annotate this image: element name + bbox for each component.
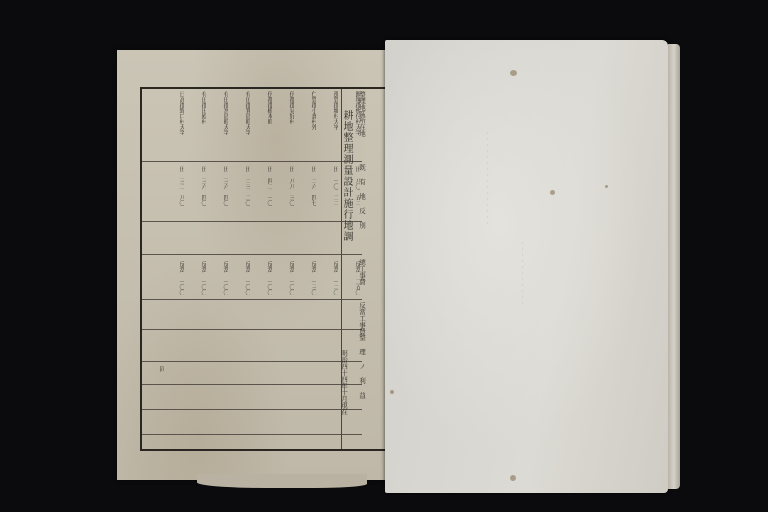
bleed-through-text: ・・・・・・・・・・・・・・・・ [485, 130, 491, 420]
torn-edge [197, 474, 367, 488]
cell-location: 日高郡野口村大字 [162, 91, 184, 135]
cell-notes: 反當 一〇〇 [184, 261, 206, 295]
stain [510, 70, 517, 76]
right-page: ・・・・・・・・・・・・・・・・ ・・・・・・・・・・・ [385, 40, 668, 493]
cell-area: 田 一〇、二二 [316, 166, 338, 206]
cell-area: 田 三六、四〇 [184, 166, 206, 206]
cell-area: 田 八八、三〇 [272, 166, 294, 206]
cell-mark: 同 [142, 366, 164, 372]
document-title: 耕地整理測量設計施行地調 [338, 110, 352, 242]
cell-notes: 反當 一〇〇 [228, 261, 250, 295]
cell-area: 田 二三、二〇 [228, 166, 250, 206]
table-column: 那賀郡堀村大字 田 一〇、二二 反當 一二〇 [316, 91, 338, 445]
cell-location: 伊都郡見好村 [272, 91, 294, 124]
stain [390, 390, 394, 394]
cell-notes: 反當 一〇〇 [250, 261, 272, 295]
cell-notes: 反當 一三〇 [294, 261, 316, 295]
bleed-through-text: ・・・・・・・・・・・ [520, 240, 526, 440]
cell-notes: 反當 一〇〇 [162, 261, 184, 295]
cell-area: 田 二六、四七 [294, 166, 316, 206]
table-column: 日高郡野口村大字 田 三二、八〇 反當 一〇〇 [162, 91, 184, 445]
stain [605, 185, 608, 188]
table-column: 有田郡宮島町大字 田 三六、四〇 反當 一〇〇 [206, 91, 228, 445]
stain [510, 475, 516, 481]
table-column: 伊都郡橋本町 田 四二、一〇 反當 一〇〇 [250, 91, 272, 445]
header-cell: 反當工事費 [342, 302, 367, 335]
header-cell: 總工事費 [342, 259, 367, 285]
table-column: 仁賀郡小倉村外 田 二六、四七 反當 一三〇 [294, 91, 316, 445]
stain [550, 190, 555, 195]
table-grid: 飯塚郡板付村大字 田 八〇、五二 反當 二五〇 那賀郡堀村大字 田 一〇、二二 … [142, 89, 362, 449]
cell-area: 田 四二、一〇 [250, 166, 272, 206]
table-column: 伊都郡見好村 田 八八、三〇 反當 一〇〇 [272, 91, 294, 445]
cell-area: 田 三六、四〇 [206, 166, 228, 206]
cell-notes: 反當 一〇〇 [206, 261, 228, 295]
cell-location: 有田郡宮島町大字 [206, 91, 228, 135]
cell-location: 有田郡田殿村 [184, 91, 206, 124]
table-column: 有田郡田殿村 田 三六、四〇 反當 一〇〇 [184, 91, 206, 445]
cell-area: 田 三二、八〇 [162, 166, 184, 206]
table-column: 同 [142, 91, 164, 445]
document-date: 明治四十四年十月現在 [340, 350, 349, 415]
cell-location: 伊都郡橋本町 [250, 91, 272, 124]
page-edges [668, 44, 680, 489]
left-page: 飯塚郡板付村大字 田 八〇、五二 反當 二五〇 那賀郡堀村大字 田 一〇、二二 … [117, 50, 385, 480]
cell-location: 那賀郡堀村大字 [316, 91, 338, 130]
table-column: 有田郡箕島町大字 田 二三、二〇 反當 一〇〇 [228, 91, 250, 445]
cell-location: 仁賀郡小倉村外 [294, 91, 316, 130]
cell-notes: 反當 一〇〇 [272, 261, 294, 295]
cell-location: 有田郡箕島町大字 [228, 91, 250, 135]
cell-notes: 反當 一二〇 [316, 261, 338, 295]
